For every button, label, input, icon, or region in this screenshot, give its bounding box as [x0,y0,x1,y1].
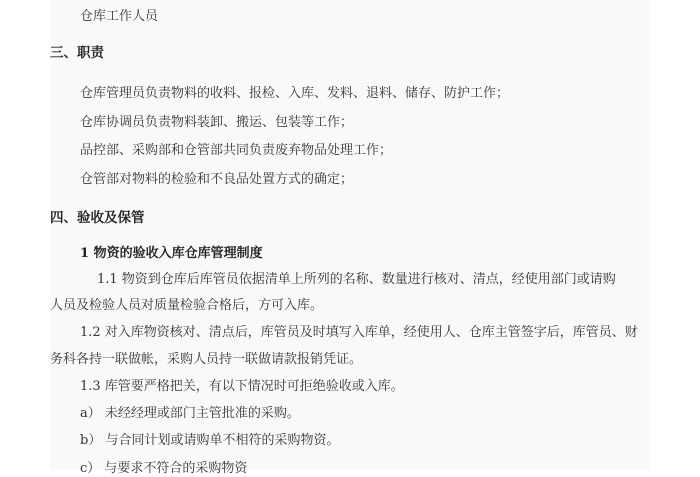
list-item: b） 与合同计划或请购单不相符的采购物资。 [80,433,339,449]
intro-line: 仓库工作人员 [80,9,158,25]
subsection-heading: 1 物资的验收入库仓库管理制度 [80,246,263,262]
paragraph-1-2-line1: 1.2 对入库物资核对、清点后，库管员及时填写入库单，经使用人、仓库主管签字后，… [80,325,638,341]
paragraph-1-1-line1: 1.1 物资到仓库后库管员依据清单上所列的名称、数量进行核对、清点，经使用部门或… [97,272,616,288]
duty-item: 仓库协调员负责物料装卸、搬运、包装等工作； [80,115,353,131]
duty-item: 仓库管理员负责物料的收料、报检、入库、发料、退料、储存、防护工作； [80,86,509,102]
paragraph-1-2-line2: 务科各持一联做帐，采购人员持一联做请款报销凭证。 [50,352,362,368]
list-item: a） 未经经理或部门主管批准的采购。 [80,406,300,422]
document-page: 仓库工作人员 三、职责 仓库管理员负责物料的收料、报检、入库、发料、退料、储存、… [50,0,650,470]
duty-item: 品控部、采购部和仓管部共同负责废弃物品处理工作； [80,143,392,159]
list-item: c） 与要求不符合的采购物资 [80,461,247,470]
paragraph-1-3: 1.3 库管要严格把关，有以下情况时可拒绝验收或入库。 [80,379,404,395]
duty-item: 仓管部对物料的检验和不良品处置方式的确定； [80,172,353,188]
paragraph-1-1-line2: 人员及检验人员对质量检验合格后，方可入库。 [50,298,323,314]
section-heading-acceptance: 四、验收及保管 [50,210,145,226]
section-heading-duties: 三、职责 [50,45,104,61]
